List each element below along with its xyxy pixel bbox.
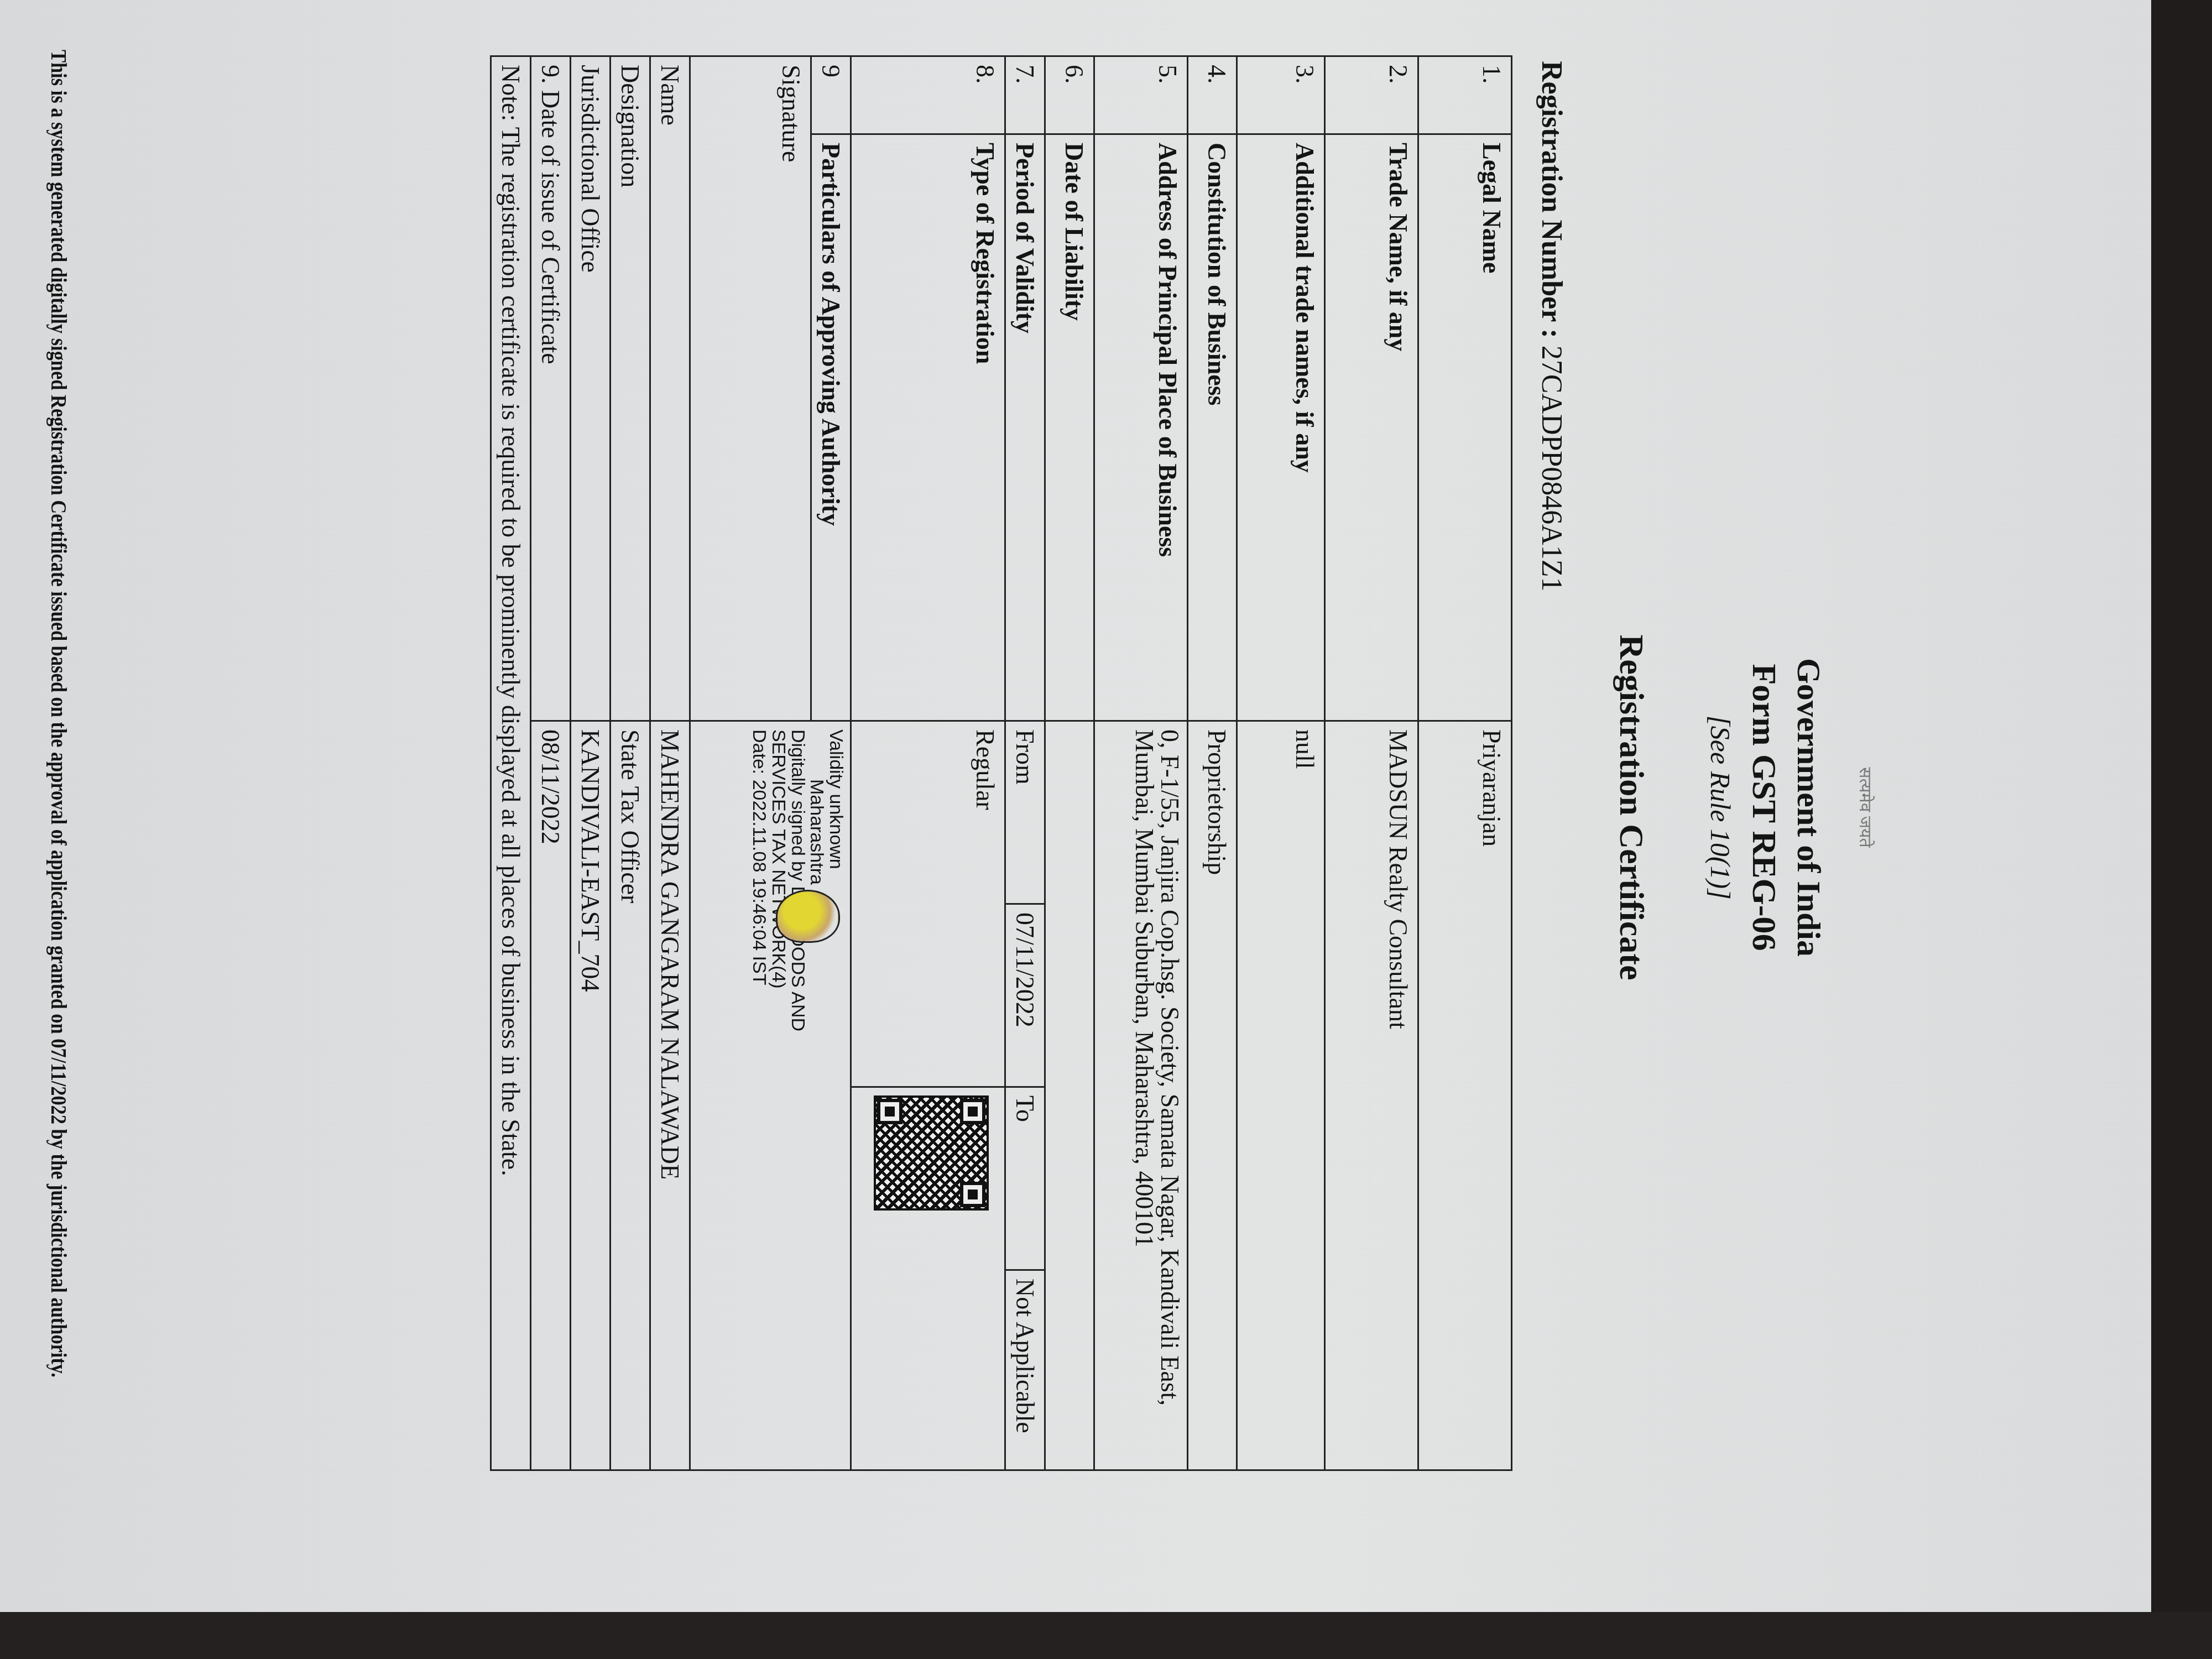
system-generated-statement: This is a system generated digitally sig… — [41, 50, 76, 1524]
row-label: Period of Validity — [1005, 134, 1045, 721]
signature-label: Signature — [690, 56, 811, 721]
row-label: Date of Liability — [1045, 134, 1094, 721]
validity-to-value: Not Applicable — [1005, 1270, 1045, 1470]
authority-name-label: Name — [650, 56, 690, 721]
validity-to-label: To — [1005, 1087, 1045, 1270]
row-label: Constitution of Business — [1188, 134, 1237, 721]
trade-name-value: MADSUN Realty Consultant — [1325, 721, 1418, 1470]
table-row: 9 Particulars of Approving Authority Val… — [811, 56, 851, 1470]
signature-status: Validity unknown — [826, 729, 846, 1462]
table-row: Name MAHENDRA GANGARAM NALAWADE — [650, 56, 690, 1470]
row-number: 8. — [851, 56, 1005, 134]
table-row: 8. Type of Registration Regular — [851, 56, 1005, 1470]
digital-signature: Validity unknown Maharashtra Digitally s… — [750, 729, 846, 1462]
row-number: 5. — [1094, 56, 1188, 134]
jurisdictional-office-value: KANDIVALI-EAST_704 — [571, 721, 611, 1470]
row-number: 2. — [1325, 56, 1418, 134]
registration-number-value: 27CADPP0846A1Z1 — [1536, 346, 1567, 592]
signature-location: Maharashtra — [807, 729, 827, 1462]
display-note: Note: The registration certificate is re… — [491, 56, 531, 1470]
authority-name-value: MAHENDRA GANGARAM NALAWADE — [650, 721, 690, 1470]
row-label: Address of Principal Place of Business — [1094, 134, 1188, 721]
row-number: 7. — [1005, 56, 1045, 134]
signature-validity-icon — [776, 890, 840, 943]
emblem-caption: सत्यमेव जयते — [1855, 17, 1877, 1598]
address-value: 0, F-1/55, Janjira Cop.hsg. Society, Sam… — [1094, 721, 1188, 1470]
table-row: 6. Date of Liability — [1045, 56, 1094, 1470]
validity-from-date: 07/11/2022 — [1005, 904, 1045, 1087]
registration-type-value: Regular — [851, 721, 1005, 1087]
row-label: Trade Name, if any — [1325, 134, 1418, 721]
registration-number: Registration Number : 27CADPP0846A1Z1 — [1535, 61, 1568, 592]
table-row: 4. Constitution of Business Proprietorsh… — [1188, 56, 1237, 1470]
table-row: Designation State Tax Officer — [611, 56, 650, 1470]
jurisdictional-office-label: Jurisdictional Office — [571, 56, 611, 721]
digital-signature-cell: Validity unknown Maharashtra Digitally s… — [690, 721, 851, 1470]
qr-cell — [851, 1087, 1005, 1470]
qr-code-icon — [874, 1095, 989, 1211]
table-row: 9. Date of issue of Certificate 08/11/20… — [531, 56, 571, 1470]
certificate-title: Registration Certificate — [1611, 17, 1651, 1598]
government-heading: Government of India — [1790, 17, 1828, 1598]
row-label: Additional trade names, if any — [1237, 134, 1325, 721]
row-number: 6. — [1045, 56, 1094, 134]
legal-name-value: Priyaranjan — [1418, 721, 1512, 1470]
row-number: 3. — [1237, 56, 1325, 134]
qr-finder-pattern — [877, 1099, 902, 1124]
row-number: 1. — [1418, 56, 1512, 134]
row-label: Particulars of Approving Authority — [811, 134, 851, 721]
designation-value: State Tax Officer — [611, 721, 650, 1470]
constitution-value: Proprietorship — [1188, 721, 1237, 1470]
table-row: Note: The registration certificate is re… — [491, 56, 531, 1470]
row-label: Legal Name — [1418, 134, 1512, 721]
signature-date: Date: 2022.11.08 19:46:04 IST — [750, 729, 769, 1462]
issue-date-value: 08/11/2022 — [531, 721, 571, 1470]
validity-from-label: From — [1005, 721, 1045, 904]
row-number: 4. — [1188, 56, 1237, 134]
registration-certificate-page: सत्यमेव जयते Government of India Form GS… — [75, 17, 1877, 1598]
form-title: Form GST REG-06 — [1744, 17, 1783, 1598]
table-row: 3. Additional trade names, if any null — [1237, 56, 1325, 1470]
issue-date-label: 9. Date of issue of Certificate — [531, 56, 571, 721]
table-row: 5. Address of Principal Place of Busines… — [1094, 56, 1188, 1470]
rule-reference: [See Rule 10(1)] — [1704, 17, 1736, 1598]
signature-signed-by: Digitally signed by DS GOODS AND — [788, 729, 807, 1462]
date-of-liability-value — [1045, 721, 1094, 1470]
additional-trade-names-value: null — [1237, 721, 1325, 1470]
qr-finder-pattern — [960, 1182, 985, 1207]
table-row: 1. Legal Name Priyaranjan — [1418, 56, 1512, 1470]
qr-finder-pattern — [960, 1099, 985, 1124]
signature-signed-by-org: SERVICES TAX NETWORK(4) — [769, 729, 788, 1462]
frame-edge — [2151, 0, 2212, 1659]
row-label: Type of Registration — [851, 134, 1005, 721]
table-row: 7. Period of Validity From 07/11/2022 To… — [1005, 56, 1045, 1470]
frame-edge — [0, 1612, 2212, 1659]
table-row: 2. Trade Name, if any MADSUN Realty Cons… — [1325, 56, 1418, 1470]
row-number: 9 — [811, 56, 851, 134]
registration-details-table: 1. Legal Name Priyaranjan 2. Trade Name,… — [490, 55, 1512, 1471]
designation-label: Designation — [611, 56, 650, 721]
table-row: Jurisdictional Office KANDIVALI-EAST_704 — [571, 56, 611, 1470]
registration-number-label: Registration Number : — [1536, 61, 1567, 338]
